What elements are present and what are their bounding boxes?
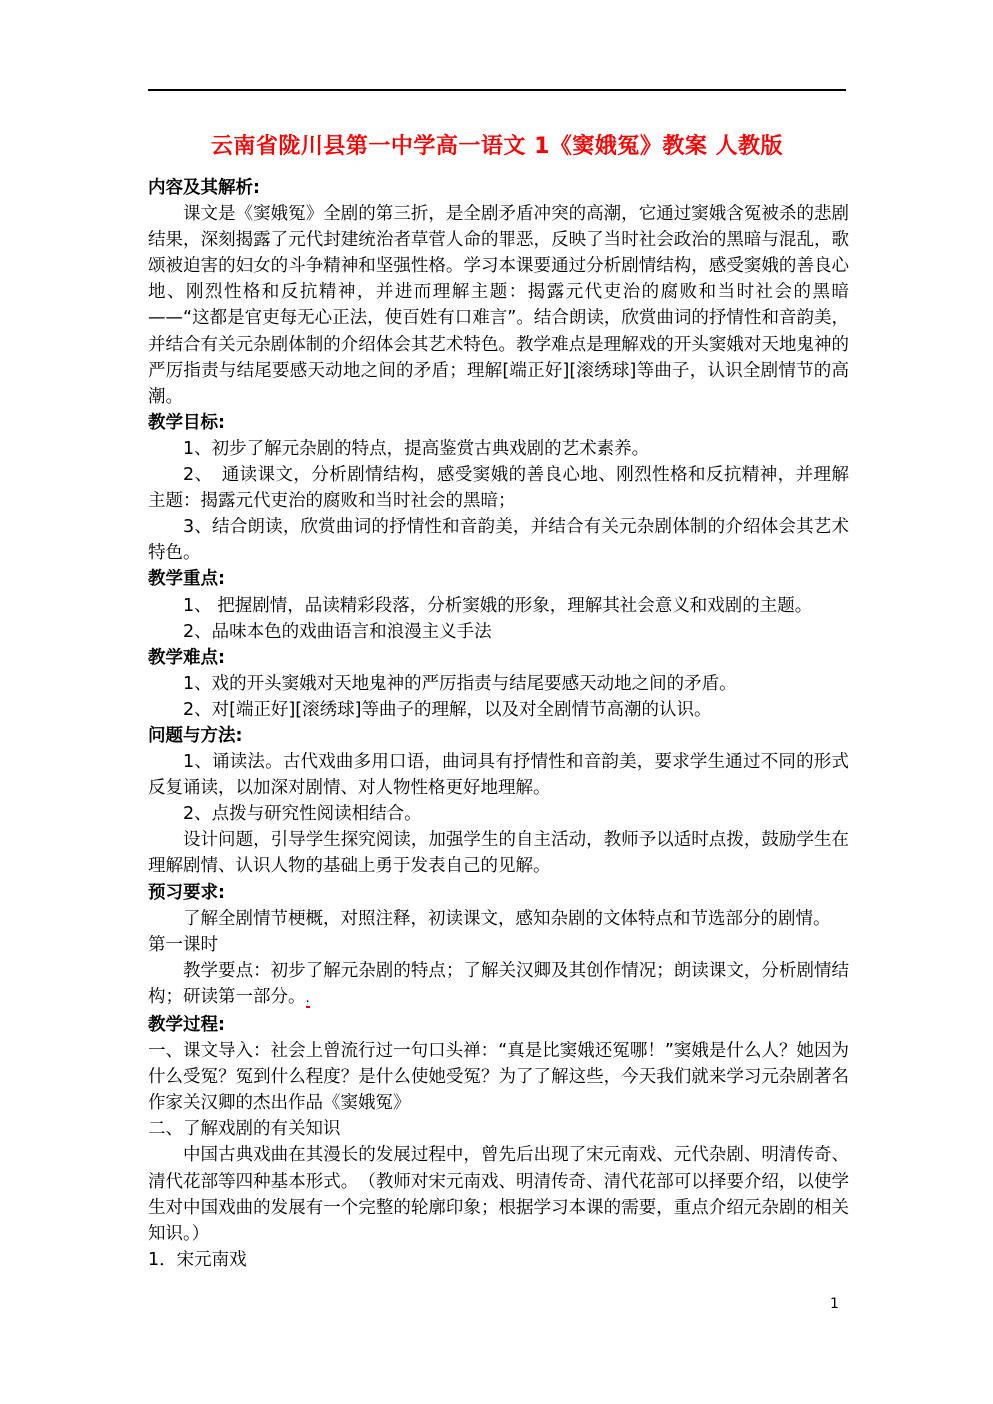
section-heading: 教学重点:	[148, 566, 849, 592]
paragraph: 教学要点：初步了解元杂剧的特点；了解关汉卿及其创作情况；朗读课文，分析剧情结构；…	[148, 958, 849, 1012]
paragraph: 1、 把握剧情，品读精彩段落，分析窦娥的形象，理解其社会意义和戏剧的主题。	[148, 593, 849, 619]
spellcheck-mark: .	[306, 991, 310, 1008]
section-heading: 问题与方法:	[148, 723, 849, 749]
paragraph: 1、初步了解元杂剧的特点，提高鉴赏古典戏剧的艺术素养。	[148, 436, 849, 462]
paragraph: 2、 通读课文，分析剧情结构，感受窦娥的善良心地、刚烈性格和反抗精神，并理解主题…	[148, 462, 849, 514]
paragraph: 2、点拨与研究性阅读相结合。	[148, 801, 849, 827]
page-number: 1	[830, 1296, 839, 1312]
paragraph: 1、诵读法。古代戏曲多用口语，曲词具有抒情性和音韵美，要求学生通过不同的形式反复…	[148, 749, 849, 801]
paragraph: 一、课文导入：社会上曾流行过一句口头禅：“真是比窦娥还冤哪！”窦娥是什么人？她因…	[148, 1038, 849, 1116]
section-heading: 教学难点:	[148, 645, 849, 671]
paragraph: 1、戏的开头窦娥对天地鬼神的严厉指责与结尾要感天动地之间的矛盾。	[148, 671, 849, 697]
paragraph: 2、品味本色的戏曲语言和浪漫主义手法	[148, 619, 849, 645]
paragraph: 课文是《窦娥冤》全剧的第三折，是全剧矛盾冲突的高潮，它通过窦娥含冤被杀的悲剧结果…	[148, 201, 849, 410]
paragraph: 设计问题，引导学生探究阅读，加强学生的自主活动，教师予以适时点拨，鼓励学生在理解…	[148, 827, 849, 879]
paragraph: 二、了解戏剧的有关知识	[148, 1116, 849, 1142]
section-heading: 预习要求:	[148, 880, 849, 906]
section-heading: 教学过程:	[148, 1012, 849, 1038]
paragraph: 3、结合朗读，欣赏曲词的抒情性和音韵美，并结合有关元杂剧体制的介绍体会其艺术特色…	[148, 514, 849, 566]
paragraph: 中国古典戏曲在其漫长的发展过程中，曾先后出现了宋元南戏、元代杂剧、明清传奇、清代…	[148, 1142, 849, 1246]
section-heading: 教学目标:	[148, 410, 849, 436]
paragraph: 了解全剧情节梗概，对照注释，初读课文，感知杂剧的文体特点和节选部分的剧情。	[148, 906, 849, 932]
document-page: 云南省陇川县第一中学高一语文 1《窦娥冤》教案 人教版 内容及其解析:课文是《窦…	[0, 0, 993, 1404]
section-heading: 内容及其解析:	[148, 175, 849, 201]
header-rule	[148, 89, 846, 91]
document-body: 内容及其解析:课文是《窦娥冤》全剧的第三折，是全剧矛盾冲突的高潮，它通过窦娥含冤…	[148, 175, 849, 1273]
paragraph: 2、对[端正好][滚绣球]等曲子的理解，以及对全剧情节高潮的认识。	[148, 697, 849, 723]
paragraph: 1．宋元南戏	[148, 1247, 849, 1273]
document-title: 云南省陇川县第一中学高一语文 1《窦娥冤》教案 人教版	[146, 129, 848, 160]
paragraph: 第一课时	[148, 932, 849, 958]
